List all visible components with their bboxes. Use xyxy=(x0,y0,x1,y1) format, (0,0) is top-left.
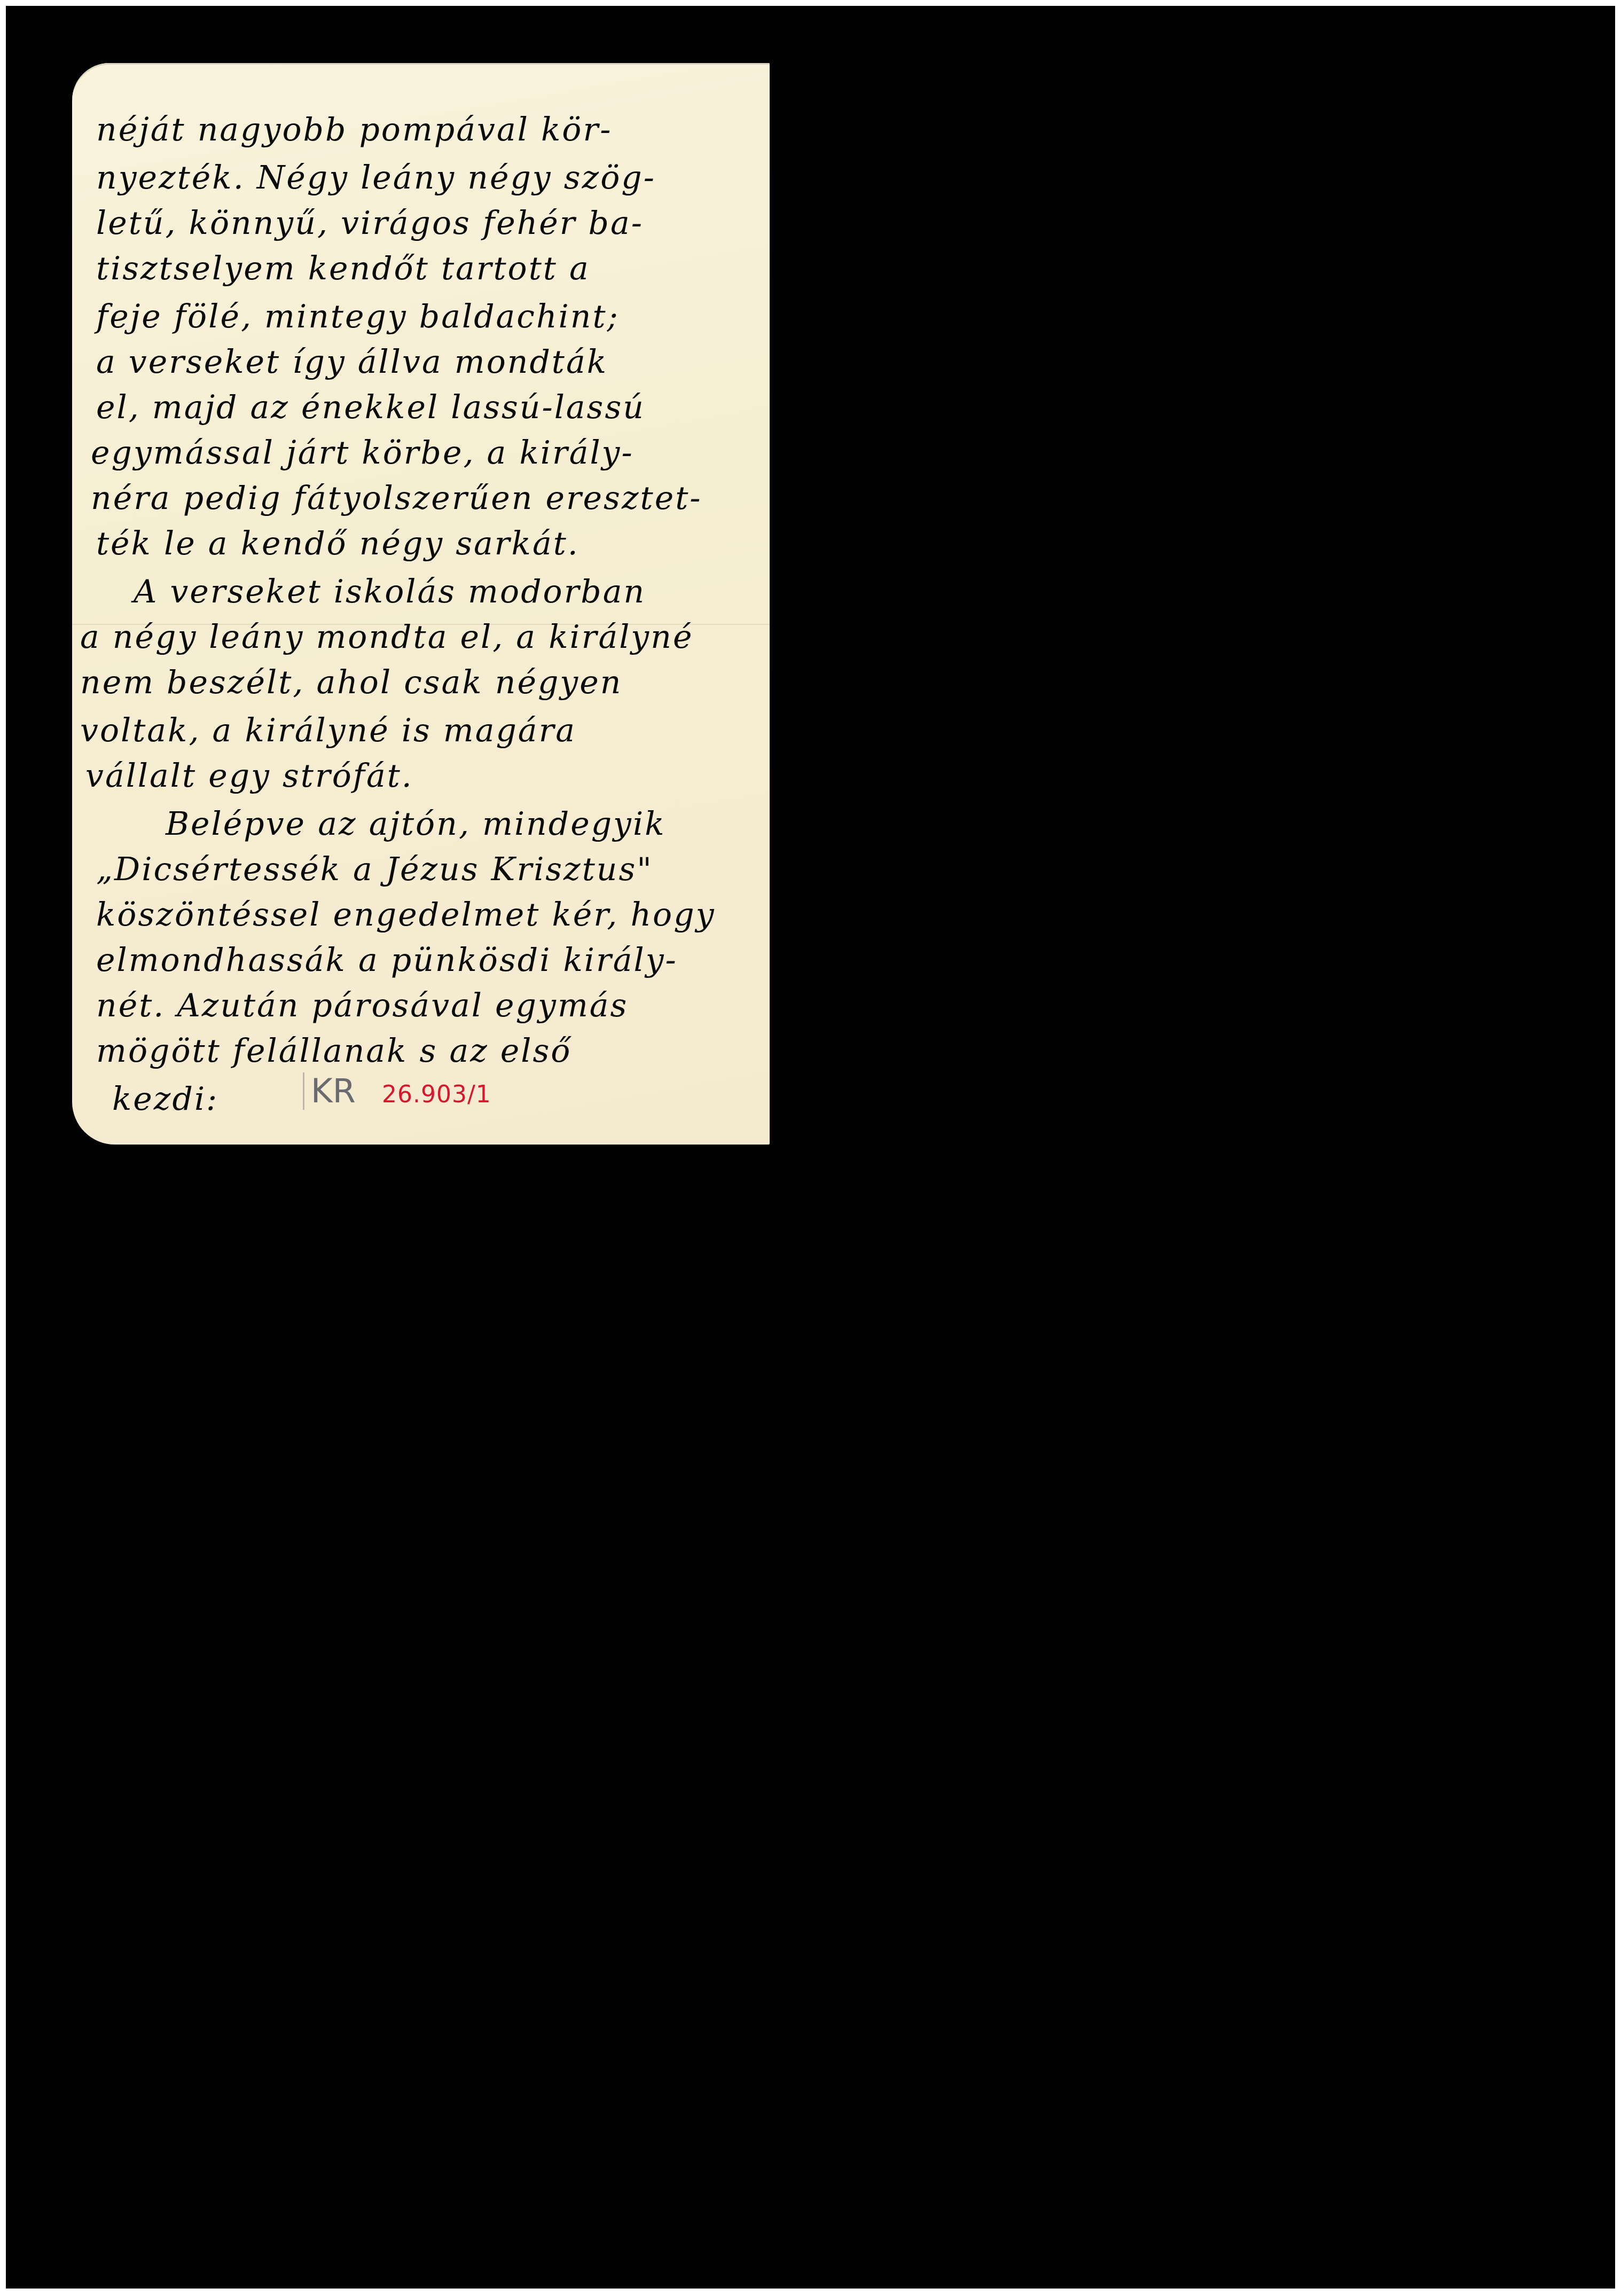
text-line: voltak, a királyné is magára xyxy=(80,715,576,747)
archive-number: 26.903/1 xyxy=(382,1083,491,1107)
text-line: Belépve az ajtón, mindegyik xyxy=(166,808,666,840)
text-line: nyezték. Négy leány négy szög- xyxy=(96,162,656,194)
text-line: ték le a kendő négy sarkát. xyxy=(96,528,580,560)
text-line: „Dicsértessék a Jézus Krisztus" xyxy=(96,853,653,886)
archive-stamp: KR xyxy=(303,1072,360,1110)
text-line: mögött felállanak s az első xyxy=(96,1035,571,1067)
text-line: a verseket így állva mondták xyxy=(96,346,608,378)
manuscript-page: néját nagyobb pompával kör- nyezték. Nég… xyxy=(72,63,770,1145)
text-line: elmondhassák a pünkösdi király- xyxy=(96,944,678,976)
text-line: nét. Azután párosával egymás xyxy=(96,990,628,1022)
text-line: néra pedig fátyolszerűen eresztet- xyxy=(91,482,702,514)
text-line: nem beszélt, ahol csak négyen xyxy=(80,667,622,699)
text-line: kezdi: xyxy=(112,1083,218,1115)
text-line: A verseket iskolás modorban xyxy=(134,576,646,608)
text-line: néját nagyobb pompával kör- xyxy=(96,114,612,146)
text-line: egymással járt körbe, a király- xyxy=(91,437,634,469)
text-line: tisztselyem kendőt tartott a xyxy=(96,253,590,285)
text-line: el, majd az énekkel lassú-lassú xyxy=(96,391,645,424)
text-line: vállalt egy strófát. xyxy=(85,760,413,792)
text-line: a négy leány mondta el, a királyné xyxy=(80,621,693,653)
text-line: letű, könnyű, virágos fehér ba- xyxy=(96,207,644,239)
text-line: köszöntéssel engedelmet kér, hogy xyxy=(96,899,716,931)
text-line: feje fölé, mintegy baldachint; xyxy=(96,301,620,333)
